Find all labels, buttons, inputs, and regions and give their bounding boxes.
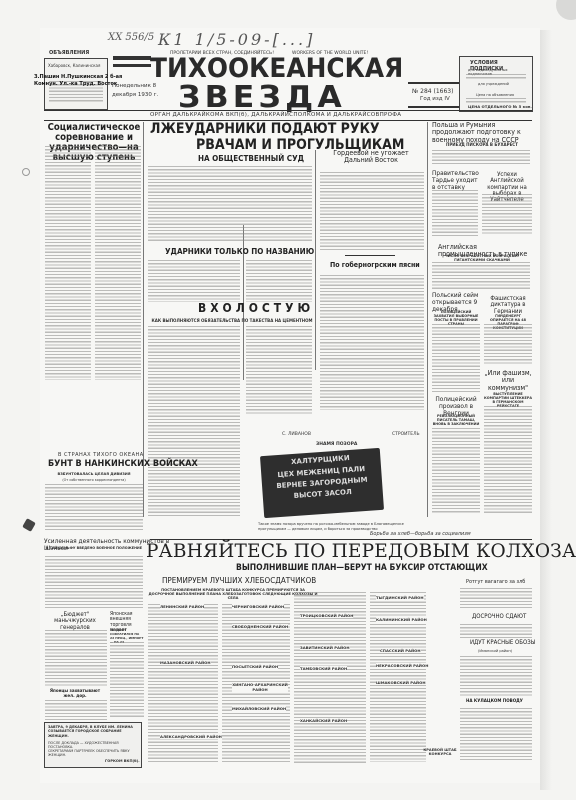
ads-box-header: ОБЪЯВЛЕНИЯ	[49, 50, 89, 56]
body-delivering-early	[460, 624, 532, 640]
body-tardieu	[432, 190, 478, 236]
district-heading-khingan: ХИНГАНО-АРХАРИНСКИЙ РАЙОН	[232, 682, 288, 692]
body-songs	[320, 275, 424, 410]
body-german-dictatorship	[484, 324, 532, 364]
notice-line1: ЗАВТРА, 9 ДЕКАБРЯ, В КЛУБЕ ИМ. ЛЕНИНА СО…	[48, 725, 140, 738]
issue-box-rule-bottom	[408, 106, 464, 108]
banner-subhead: ВЫПОЛНИВШИЕ ПЛАН—БЕРУТ НА БУКСИР ОТСТАЮЩ…	[236, 564, 488, 573]
headline-gordeeva: Гордеевой не угожает Дальний Восток	[322, 150, 420, 165]
headline-fascism-or-communism: „Или фашизм, или коммунизм"	[484, 370, 532, 392]
subscription-box: УСЛОВИЯ ПОДПИСКИ для индивидуальных подп…	[459, 56, 533, 112]
body-polish-sejm	[432, 324, 480, 392]
district-heading-khankaisky: ХАНКАЙСКИЙ РАЙОН	[300, 718, 347, 723]
issue-date: декабря 1930 г.	[112, 92, 158, 98]
photo-banner: ХАЛТУРЩИКИ ЦЕХ МЕЖЕНИЦ ПАЛИ ВЕРНЕЕ ЗАГОР…	[260, 448, 384, 518]
photo-title: ЗНАМЯ ПОЗОРА	[316, 442, 357, 447]
headline-nanking-mutiny: БУНТ В НАНКИНСКИХ ВОЙСКАХ	[48, 460, 198, 469]
district-heading-mazanovsky: МАЗАНОВСКИЙ РАЙОН	[160, 660, 211, 665]
body-public-court	[148, 166, 312, 242]
body-red-wagons	[460, 656, 532, 696]
district-heading-shmakovsky: ШМАКОВСКИЙ РАЙОН	[376, 680, 426, 685]
headline-bochkarevo: Ротгут вагагаго за злб	[466, 580, 525, 586]
archive-handwriting: К1 1/5-09-[...]	[158, 30, 315, 49]
body-harbin	[45, 700, 107, 720]
masthead-bar-top-left	[113, 56, 151, 60]
notice-womens-meeting: ЗАВТРА, 9 ДЕКАБРЯ, В КЛУБЕ ИМ. ЛЕНИНА СО…	[44, 722, 142, 768]
district-heading-zavitinsky: ЗАВИТИНСКИЙ РАЙОН	[300, 645, 350, 650]
subscription-line2: для учреждений	[478, 82, 509, 86]
banner-rule	[150, 539, 532, 540]
kicker-hungary: РЕВОЛЮЦИОННЫЙ ПИСАТЕЛЬ ТАМАШ, ВНОВЬ В ЗА…	[432, 414, 480, 426]
scan-hole-left	[22, 168, 30, 176]
issue-box-rule-top	[408, 82, 464, 84]
banner-headline: РАВНЯЙТЕСЬ ПО ПЕРЕДОВЫМ КОЛХОЗАМ И СЕЛАМ…	[146, 542, 576, 561]
body-uk-industry	[432, 262, 530, 290]
signature-builder: СТРОИТЕЛЬ	[392, 432, 420, 437]
body-bochkarevo	[460, 588, 532, 608]
signature-livanov: С. ЛИВАНОВ	[282, 432, 311, 437]
divider-gordeeva	[345, 255, 395, 256]
headline-poland-romania: Польша и Румыния продолжают подготовку к…	[432, 122, 532, 144]
body-idle-col2	[246, 326, 312, 414]
district-heading-aleksandrovsky: АЛЕКСАНДРОВСКИЙ РАЙОН	[160, 734, 222, 739]
district-heading-nekrasovsky: НЕКРАСОВСКИЙ РАЙОН	[376, 663, 428, 668]
body-shockworkers-in-name-only-col1	[148, 260, 240, 302]
notice-line3: СЕКРЕТАРИАМ ПАРТЯЧЕЕК ОБЕСПЕЧИТЬ ЯВКУ ЖЕ…	[48, 749, 140, 758]
issue-number: № 284 (1663)	[412, 88, 453, 95]
body-nanking-mutiny	[45, 484, 143, 532]
district-heading-spassky: СПАССКИЙ РАЙОН	[380, 648, 421, 653]
body-communists-shanxi	[45, 556, 143, 608]
headline-german-dictatorship: Фашистская диктатура в Германии	[484, 296, 532, 315]
page-edge-shadow	[540, 30, 552, 790]
banner-kicker: Борьба за хлеб—борьба за социализм	[370, 531, 471, 537]
body-idle-col1	[148, 326, 240, 516]
kicker-idle: КАК ВЫПОЛНЯЮТСЯ ОБЯЗАТЕЛЬСТВА ПО ТАКЕСТВ…	[150, 318, 314, 323]
scan-mark-left	[22, 518, 36, 532]
body-premium-col1	[148, 604, 218, 764]
ads-box-address: Хабаровск, Калининская	[48, 63, 100, 68]
body-kulak-lead	[460, 708, 532, 760]
subscription-price: ЦЕНА ОТДЕЛЬНОГО № 5 коп.	[468, 104, 532, 109]
headline-tardieu: Правительство Тардье уходит в отставку	[432, 170, 478, 190]
masthead-bar-mid-left	[113, 64, 151, 67]
headline-manchurian-budget: „Бюджет" маньчжурских генералов	[44, 612, 106, 631]
subhead-shockworkers-in-name-only: УДАРНИКИ ТОЛЬКО ПО НАЗВАНИЮ	[165, 248, 314, 256]
subhead-idle: ВХОЛОСТУЮ	[198, 302, 314, 315]
scan-corner-top-right	[556, 0, 576, 20]
byline-nanking-mutiny: (От собственного корреспондента)	[44, 478, 144, 482]
district-heading-tygdinsky: ТЫГДИНСКИЙ РАЙОН	[376, 595, 424, 600]
archive-shelfmark: XX 556/5	[108, 32, 154, 43]
subhead-public-court: НА ОБЩЕСТВЕННЫЙ СУД	[198, 155, 304, 163]
district-heading-chernigovsky: ЧЕРНИГОВСКИЙ РАЙОН	[232, 604, 284, 609]
kicker-red-wagons: (Иманский район)	[478, 649, 512, 653]
notice-signature: ГОРКОМ ВКП(б).	[105, 759, 140, 763]
body-manchurian-budget	[45, 630, 107, 686]
headline-harbin: Японцы захватывают жел. дор.	[44, 690, 106, 699]
headline-songs: По гоберногрским пясни	[330, 262, 420, 269]
body-poland-romania	[432, 150, 530, 166]
body-hungary	[432, 428, 480, 514]
district-heading-troitskovsky: ТРОИЦКОВСКИЙ РАЙОН	[300, 613, 353, 618]
headline-best-grain-suppliers: ПРЕМИРУЕМ ЛУЧШИХ ХЛЕБОСДАТЧИКОВ	[162, 577, 316, 585]
body-japan-trade	[110, 642, 144, 718]
organ-line: ОРГАН ДАЛЬКРАЙКОМА ВКП(б), ДАЛЬКРАЙИСПОЛ…	[150, 112, 401, 118]
body-gordeeva	[320, 172, 424, 250]
district-heading-svobodnensky: СВОБОДНЕНСКИЙ РАЙОН	[232, 624, 288, 629]
issue-year: Год изд IV	[420, 96, 450, 102]
district-heading-posyetsky: ПОСЬЕТСКИЙ РАЙОН	[232, 664, 278, 669]
subscription-ad-prices	[466, 98, 526, 103]
organ-line-rule	[44, 110, 532, 111]
district-heading-mikhailovsky: МИХАЙЛОВСКИЙ РАЙОН	[232, 706, 286, 711]
kicker-communists-shanxi: В ТАЙЮАНЬФУ ВВЕДЕНО ВОЕННОЕ ПОЛОЖЕНИЕ	[44, 546, 144, 550]
kicker-poland-romania: ПРИЕЗД ПИСКОРА В БУХАРЕСТ	[432, 142, 532, 147]
district-heading-kalininsky: КАЛИНИНСКИЙ РАЙОН	[376, 617, 427, 622]
premium-signature: КРАЕВОЙ ШТАБ КОНКУРСА	[420, 748, 460, 756]
subscription-prices	[466, 74, 526, 80]
kicker-uk-industry: ЧИСЛО БЕЗРАБОТНЫХ ВОЗРАСТАЕТ ГИГАНТСКИМИ…	[432, 254, 532, 262]
body-socialist-competition-col2	[95, 146, 141, 380]
body-shockworkers-in-name-only-col2	[246, 260, 312, 302]
section-pacific-label: В СТРАНАХ ТИХОГО ОКЕАНА	[58, 452, 144, 458]
column-rule-4	[427, 122, 428, 517]
body-fascism-or-communism	[484, 406, 532, 514]
kicker-best-grain-suppliers: ПОСТАНОВЛЕНИЕМ КРАЕВОГО ШТАБА КОНКУРСА П…	[148, 588, 318, 600]
kicker-nanking-mutiny: ВЗБУНТОВАЛАСЬ ЦЕЛАЯ ДИВИЗИЯ	[44, 472, 144, 476]
headline-delivering-early: ДОСРОЧНО СДАЮТ	[472, 614, 526, 620]
body-uk-communists	[482, 194, 532, 234]
subscription-line3: Цена на объявления	[476, 93, 514, 97]
headline-kulak-lead: НА КУЛАЦКОМ ПОВОДУ	[466, 700, 523, 705]
headline-false-shockworkers-1: ЛЖЕУДАРНИКИ ПОДАЮТ РУКУ	[150, 122, 380, 137]
column-rule-2	[315, 150, 316, 370]
photo-caption: Такое знамя позора вручено на рогожа-меб…	[258, 522, 424, 531]
district-heading-tambovsky: ТАМБОВСКИЙ РАЙОН	[300, 666, 347, 671]
district-heading-leninsky: ЛЕНИНСКИЙ РАЙОН	[160, 604, 204, 609]
headline-red-wagons: ИДУТ КРАСНЫЕ ОБОЗЫ	[470, 640, 535, 646]
body-socialist-competition-col1	[45, 146, 91, 380]
